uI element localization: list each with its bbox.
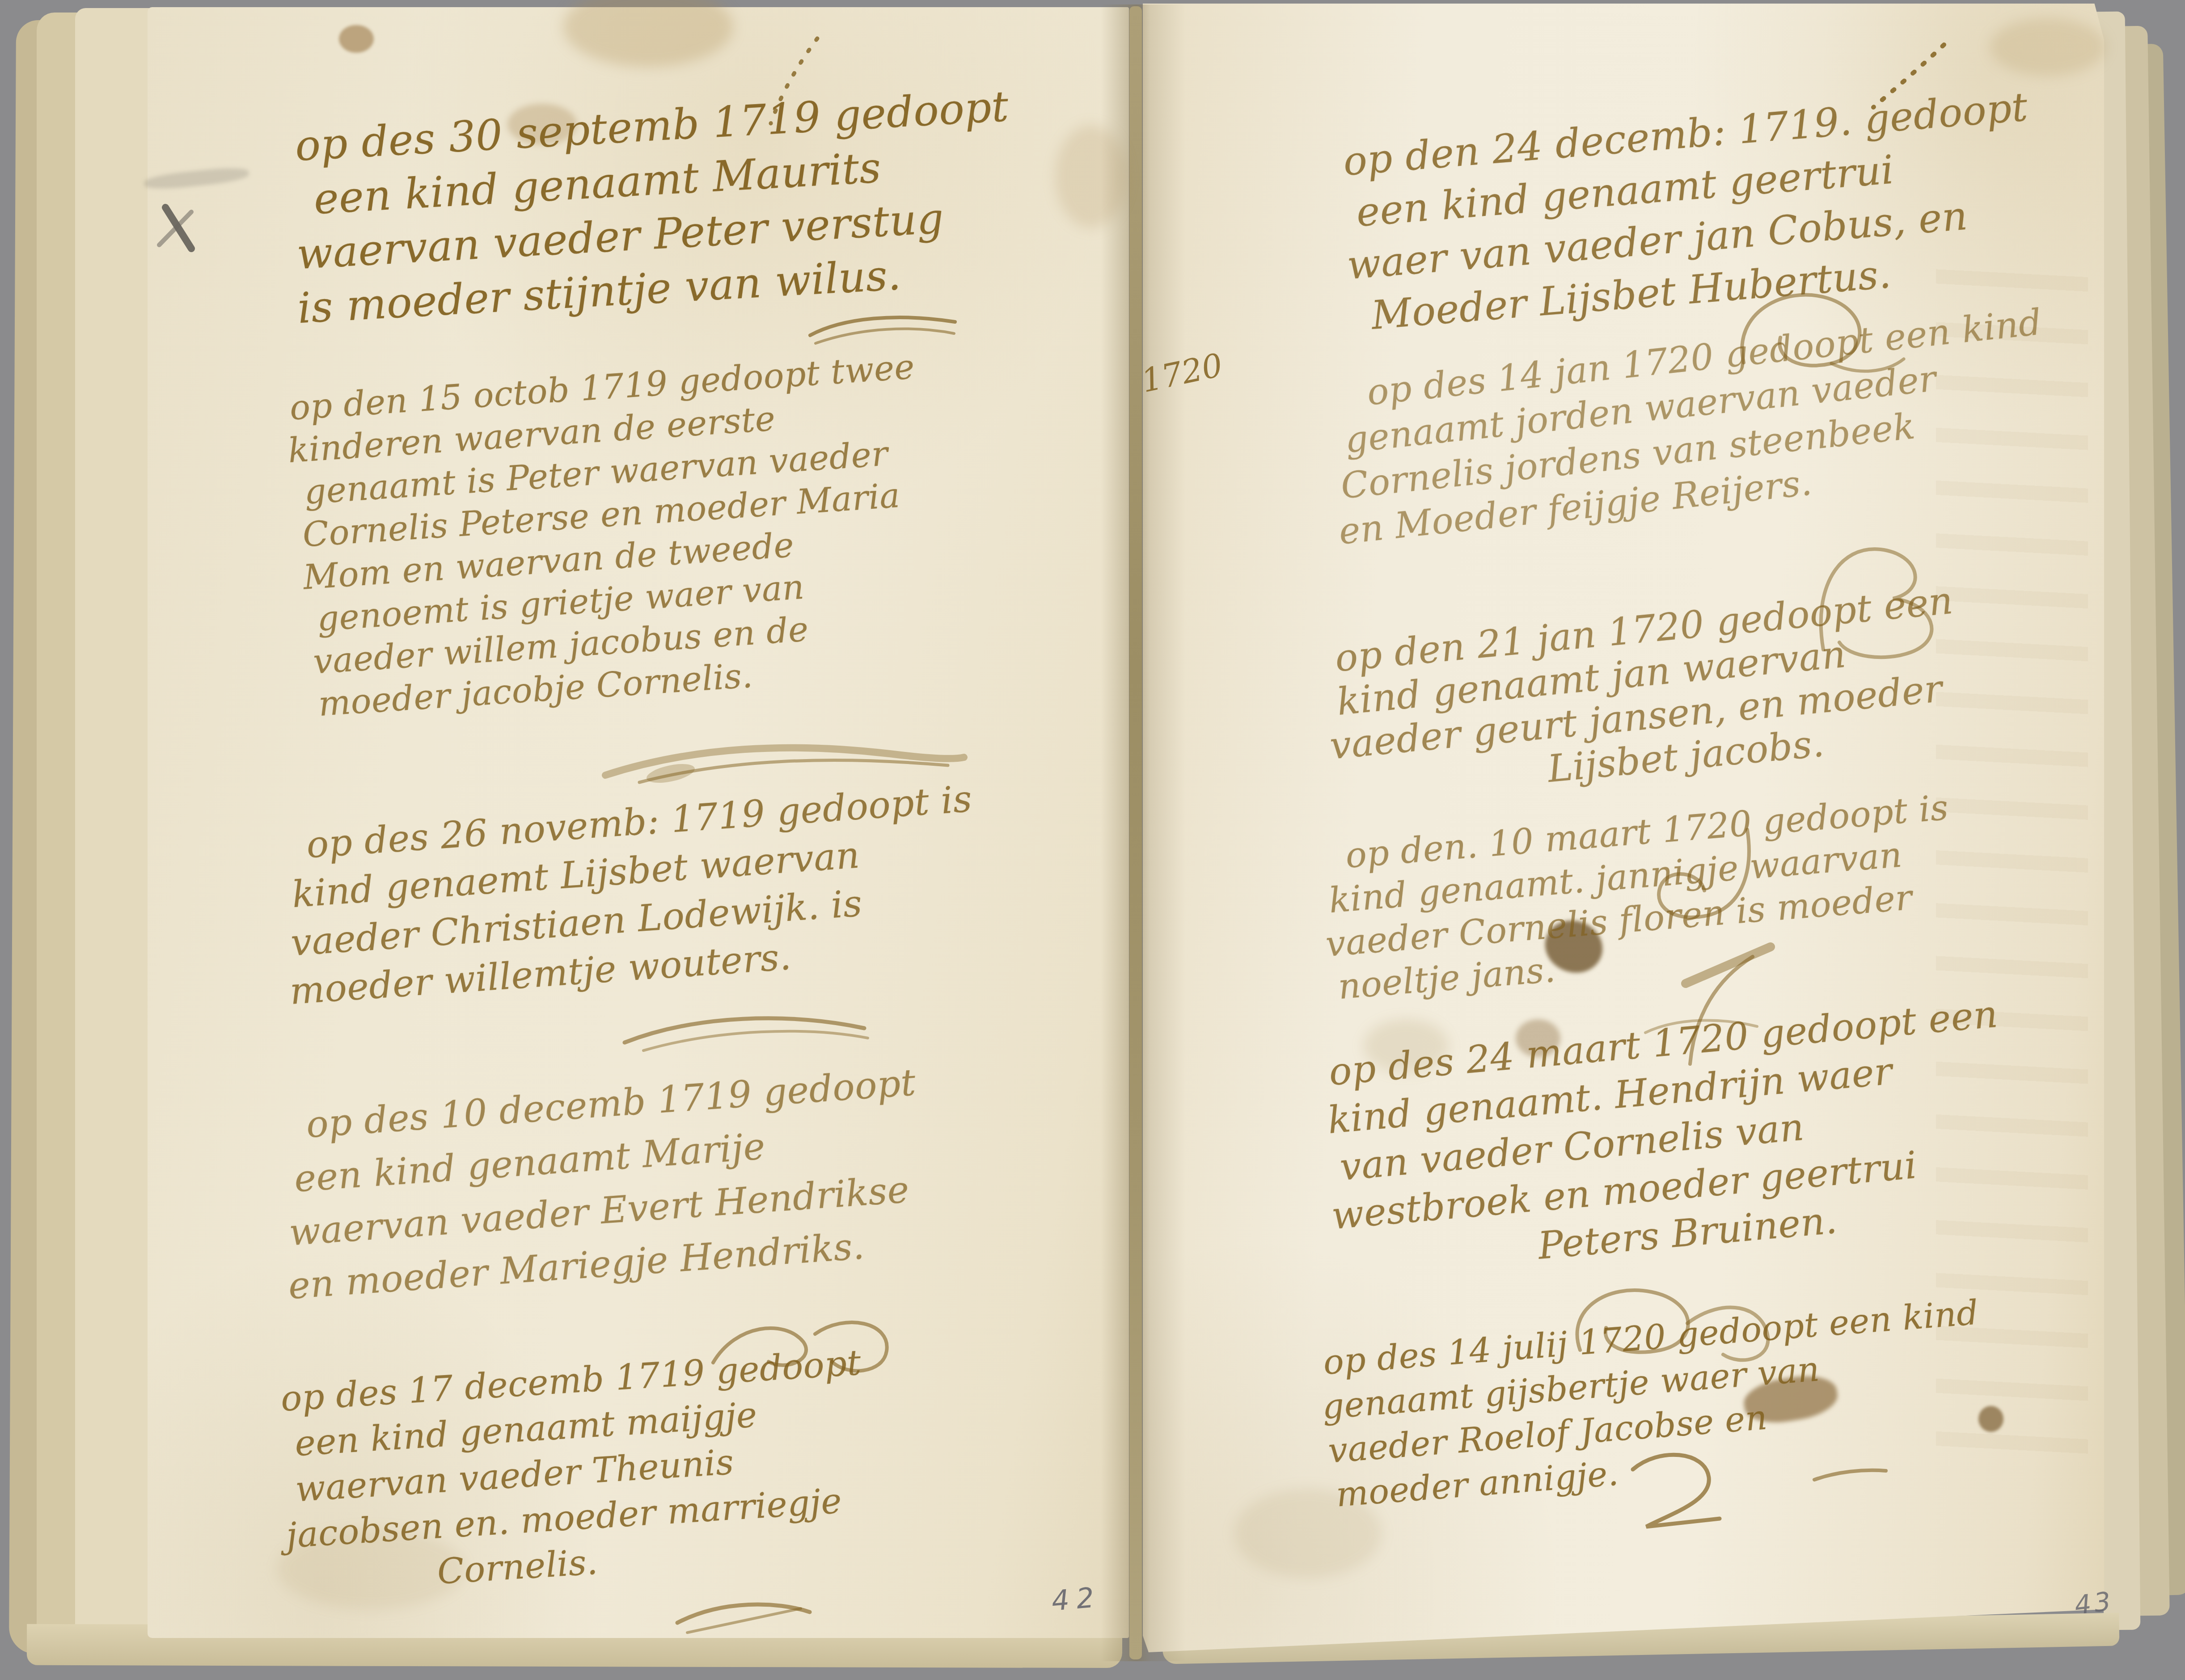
page-edge-stack-left [75,8,156,1665]
paper-stain [1990,18,2106,76]
ink-flourish [1605,1442,1744,1538]
ink-flourish [1810,1463,1890,1485]
ink-blot [339,25,374,53]
book-gutter-shadow [1101,4,1186,1661]
ink-flourish [668,1586,820,1642]
page-number: 42 [1050,1580,1103,1617]
ink-flourish [615,1001,879,1059]
baptism-entry: op des 10 decemb 1719 gedoopt een kind g… [275,1056,929,1313]
pencil-cross-mark [152,202,206,256]
book-gutter-fold [1129,6,1142,1659]
baptism-entry: op des 30 septemb 1719 gedoopt een kind … [287,80,1019,336]
ink-flourish [805,308,961,350]
page-number: 43 [2073,1586,2115,1621]
baptism-entry: op den 15 octob 1719 gedoopt twee kinder… [282,345,936,726]
manuscript-scan: op des 30 septemb 1719 gedoopt een kind … [0,0,2185,1680]
paper-stain [1055,125,1127,228]
baptism-entry: op des 17 decemb 1719 gedoopt een kind g… [273,1340,874,1604]
